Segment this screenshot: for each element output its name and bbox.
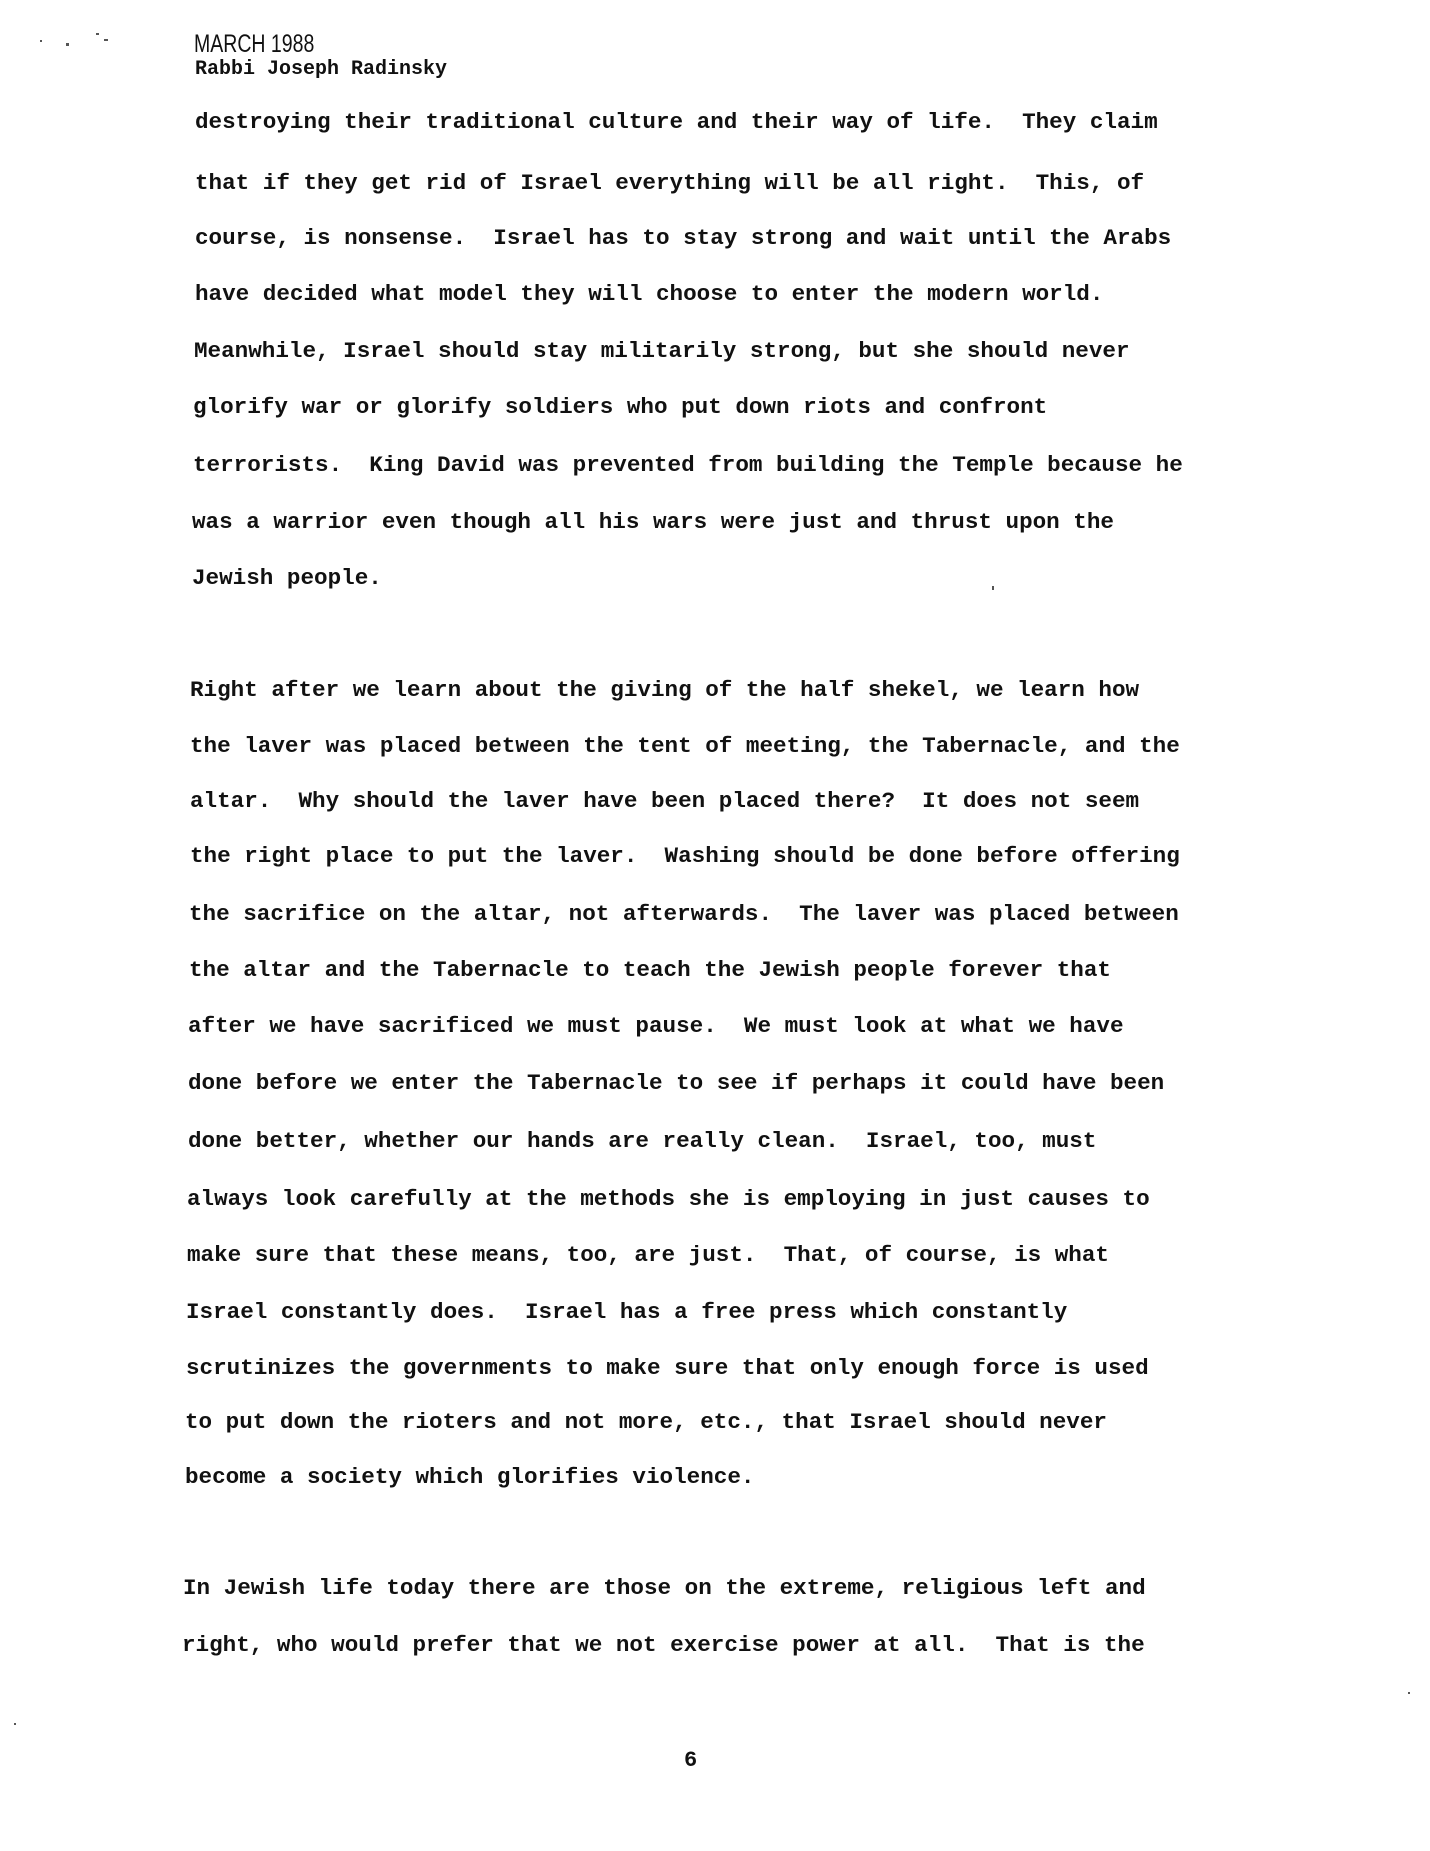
text-line: become a society which glorifies violenc… [185,1466,754,1489]
scan-speck [40,40,42,42]
scan-speck [1408,1692,1410,1694]
header-date: MARCH 1988 [194,30,314,59]
text-line: glorify war or glorify soldiers who put … [193,396,1047,419]
text-line: scrutinizes the governments to make sure… [186,1357,1149,1380]
scan-speck [66,43,69,46]
scan-speck [96,33,99,35]
text-line: Israel constantly does. Israel has a fre… [186,1301,1067,1324]
text-line: right, who would prefer that we not exer… [182,1634,1145,1657]
text-line: Jewish people. [192,567,382,590]
text-line: after we have sacrificed we must pause. … [188,1015,1124,1038]
header-author: Rabbi Joseph Radinsky [195,58,447,81]
scan-speck [104,39,108,41]
document-page: MARCH 1988 Rabbi Joseph Radinsky destroy… [0,0,1430,1851]
text-line: terrorists. King David was prevented fro… [193,454,1183,477]
text-line: to put down the rioters and not more, et… [185,1411,1107,1434]
scan-speck [992,586,994,590]
text-line: that if they get rid of Israel everythin… [195,172,1144,195]
text-line: done before we enter the Tabernacle to s… [188,1072,1164,1095]
text-line: altar. Why should the laver have been pl… [190,790,1139,813]
text-line: always look carefully at the methods she… [187,1188,1150,1211]
text-line: Right after we learn about the giving of… [190,679,1139,702]
text-line: the right place to put the laver. Washin… [190,845,1180,868]
text-line: the altar and the Tabernacle to teach th… [189,959,1111,982]
text-line: have decided what model they will choose… [195,283,1103,306]
text-line: course, is nonsense. Israel has to stay … [195,227,1171,250]
text-line: destroying their traditional culture and… [195,111,1158,134]
text-line: was a warrior even though all his wars w… [192,511,1114,534]
text-line: Meanwhile, Israel should stay militarily… [194,340,1130,363]
text-line: In Jewish life today there are those on … [183,1577,1146,1600]
text-line: the laver was placed between the tent of… [190,735,1180,758]
page-number: 6 [684,1748,697,1773]
scan-speck [14,1723,16,1725]
text-line: make sure that these means, too, are jus… [187,1244,1109,1267]
text-line: the sacrifice on the altar, not afterwar… [189,903,1179,926]
text-line: done better, whether our hands are reall… [188,1130,1096,1153]
